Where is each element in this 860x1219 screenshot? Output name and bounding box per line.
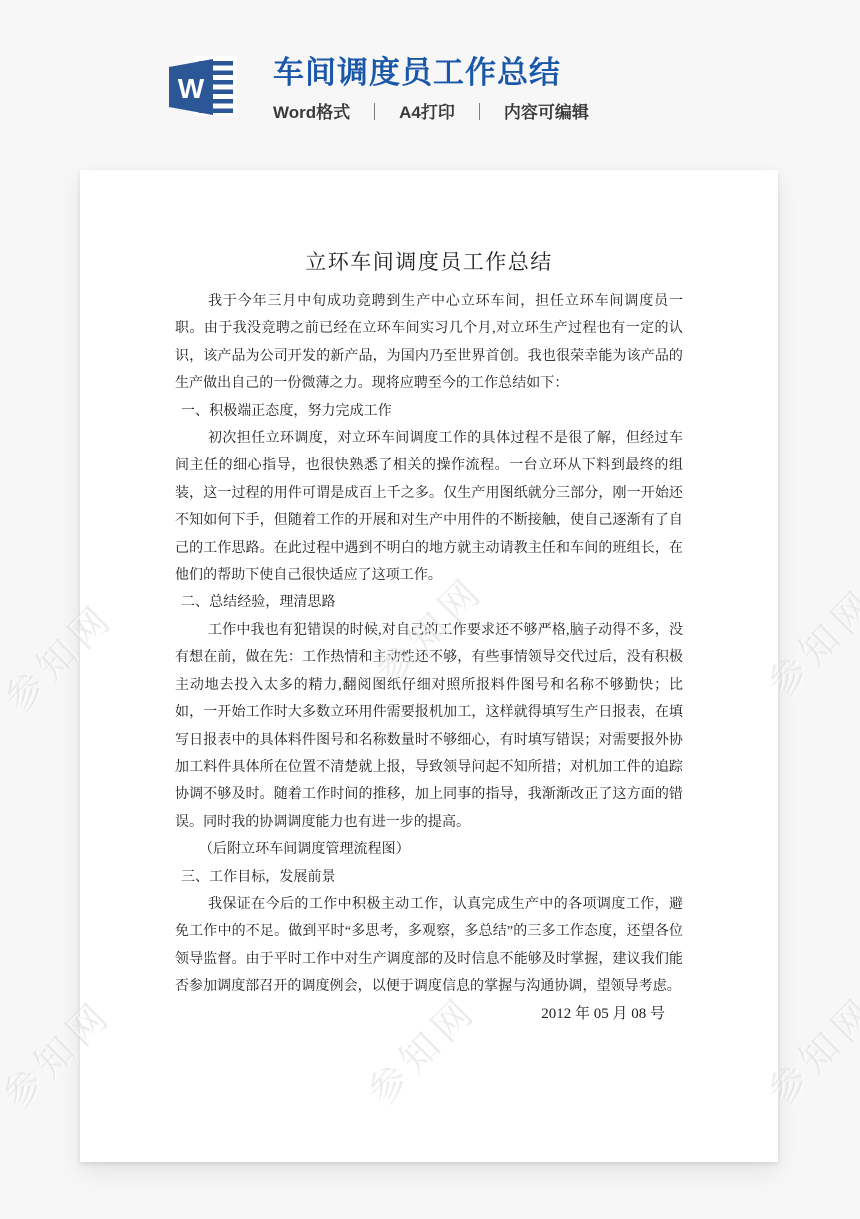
word-file-icon: W: [165, 54, 239, 118]
format-badges: Word格式 ｜ A4打印 ｜ 内容可编辑: [273, 98, 589, 123]
doc-heading-2: 二、总结经验，理清思路: [175, 589, 683, 616]
page[interactable]: W 车间调度员工作总结 Word格式 ｜ A4打印 ｜ 内容可编辑 立环车间调度…: [0, 0, 860, 1219]
doc-heading-1: 一、积极端正态度，努力完成工作: [175, 398, 683, 425]
doc-paragraph-4: 我保证在今后的工作中积极主动工作，认真完成生产中的各项调度工作，避免工作中的不足…: [175, 891, 683, 1001]
format-a4: A4打印: [399, 98, 455, 123]
doc-note: （后附立环车间调度管理流程图）: [175, 836, 683, 863]
separator-bar: ｜: [471, 98, 488, 123]
doc-heading-3: 三、工作目标，发展前景: [175, 864, 683, 891]
word-icon-graphic: W: [165, 54, 239, 118]
page-title: 车间调度员工作总结: [273, 54, 589, 92]
document-page: 立环车间调度员工作总结 我于今年三月中旬成功竞聘到生产中心立环车间，担任立环车间…: [80, 170, 778, 1162]
svg-text:W: W: [178, 73, 205, 104]
format-word: Word格式: [273, 98, 350, 123]
doc-paragraph-2: 初次担任立环调度，对立环车间调度工作的具体过程不是很了解，但经过车间主任的细心指…: [175, 425, 683, 589]
separator-bar: ｜: [366, 98, 383, 123]
header-text: 车间调度员工作总结 Word格式 ｜ A4打印 ｜ 内容可编辑: [273, 54, 589, 123]
format-editable: 内容可编辑: [504, 98, 589, 123]
header: W 车间调度员工作总结 Word格式 ｜ A4打印 ｜ 内容可编辑: [165, 54, 589, 123]
doc-paragraph-3: 工作中我也有犯错误的时候,对自己的工作要求还不够严格,脑子动得不多，没有想在前，…: [175, 617, 683, 836]
document-date: 2012 年 05 月 08 号: [175, 1001, 683, 1028]
doc-paragraph-1: 我于今年三月中旬成功竞聘到生产中心立环车间，担任立环车间调度员一职。由于我没竞聘…: [175, 288, 683, 398]
document-title: 立环车间调度员工作总结: [175, 246, 683, 278]
